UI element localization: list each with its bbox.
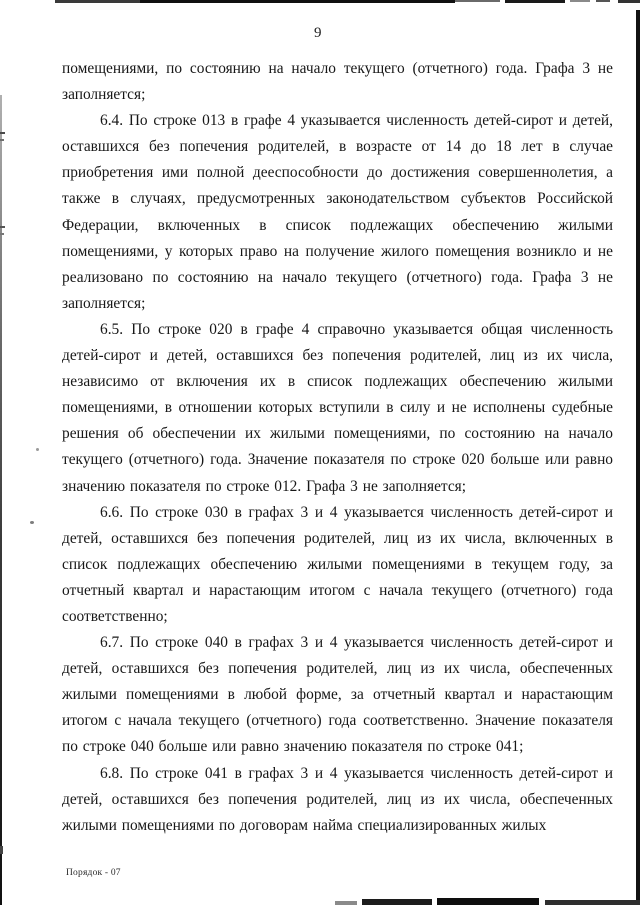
paragraph-6-4: 6.4. По строке 013 в графе 4 указывается…	[62, 108, 613, 317]
scan-artifact-left-tick	[0, 226, 5, 228]
paragraph-6-6: 6.6. По строке 030 в графах 3 и 4 указыв…	[62, 500, 613, 630]
scan-artifact-left-tick	[0, 139, 4, 141]
scan-artifact-top-edge	[140, 0, 455, 3]
page-number: 9	[0, 25, 636, 42]
scan-artifact-top-edge	[505, 0, 565, 3]
scan-artifact-left-tick	[0, 233, 4, 235]
scan-artifact-bottom-edge	[362, 899, 432, 905]
scan-artifact-top-edge	[455, 0, 500, 2]
scan-artifact-left-tick	[0, 132, 5, 134]
scan-artifact-right-edge	[636, 10, 640, 905]
document-body: помещениями, по состоянию на начало теку…	[62, 56, 613, 839]
scan-artifact-speck	[36, 448, 39, 451]
scan-artifact-speck	[30, 521, 34, 524]
footer-form-code: Порядок - 07	[66, 868, 121, 878]
scan-artifact-bottom-edge	[437, 898, 539, 905]
scanned-document-page: 9 помещениями, по состоянию на начало те…	[0, 0, 640, 905]
paragraph-6-7: 6.7. По строке 040 в графах 3 и 4 указыв…	[62, 630, 613, 760]
scan-artifact-top-edge	[570, 0, 590, 2]
scan-artifact-left-edge	[0, 95, 2, 905]
scan-artifact-bottom-edge	[335, 901, 357, 905]
scan-artifact-top-edge	[618, 0, 640, 3]
paragraph-6-8: 6.8. По строке 041 в графах 3 и 4 указыв…	[62, 761, 613, 839]
paragraph-6-5: 6.5. По строке 020 в графе 4 справочно у…	[62, 317, 613, 500]
paragraph-continuation: помещениями, по состоянию на начало теку…	[62, 56, 613, 108]
scan-artifact-top-edge	[55, 0, 140, 3]
scan-artifact-bottom-edge	[545, 900, 640, 905]
scan-artifact-top-edge	[596, 0, 610, 2]
scan-artifact-left-tick	[0, 846, 3, 854]
